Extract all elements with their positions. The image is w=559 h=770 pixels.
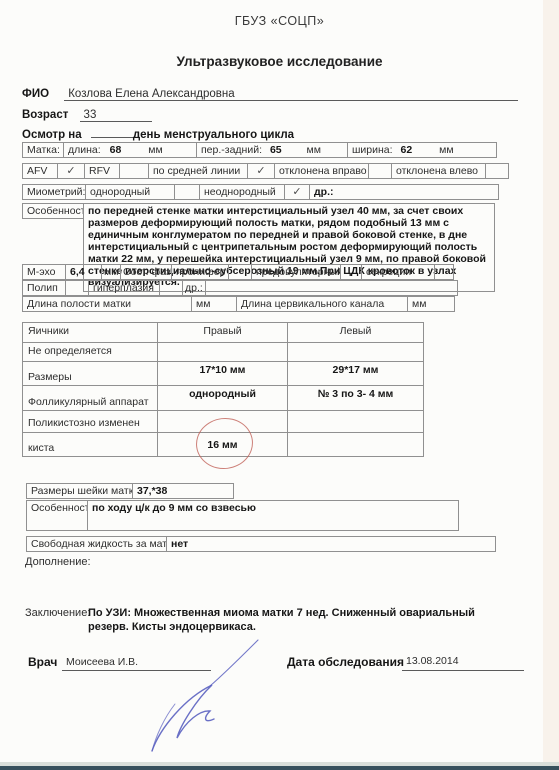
row-label: Поликистозно изменен: [22, 410, 158, 433]
mecho-row: М-эхо 6,4 мм Соот. фазе: пролифер предов…: [22, 264, 454, 280]
polyp-row: Полип гиперплазия др.:: [22, 280, 458, 296]
lengths-row: Длина полости матки мм Длина цервикально…: [22, 296, 455, 312]
uterus-label-cell: Матка:: [22, 142, 64, 158]
preovulatory-cell: предовуляторный: [251, 264, 341, 280]
exam-date-label: Дата обследования: [287, 655, 404, 669]
doctor-signature: [130, 618, 280, 758]
deviated-left-empty-cell: [485, 163, 509, 179]
rfv-empty-cell: [119, 163, 149, 179]
homogeneous-cell: однородный: [85, 184, 175, 200]
myometrium-label-cell: Миометрий:: [22, 184, 86, 200]
ovaries-header-label: Яичники: [22, 322, 158, 343]
row-label: Фолликулярный аппарат: [22, 385, 158, 411]
mecho-unit-cell: мм: [101, 264, 121, 280]
row-left-value: [287, 342, 424, 362]
deviated-right-empty-cell: [368, 163, 392, 179]
ovaries-header-row: Яичники Правый Левый: [22, 322, 424, 343]
uterus-size-row: Матка: длина: 68 мм пер.-задний: 65 мм ш…: [22, 142, 497, 158]
myometrium-other-cell: др.:: [309, 184, 499, 200]
width-label: ширина:: [352, 144, 393, 156]
fio-label: ФИО: [22, 88, 49, 100]
mecho-value-cell: 6,4: [65, 264, 102, 280]
ovaries-row-sizes: Размеры 17*10 мм 29*17 мм: [22, 361, 424, 386]
organization-name: ГБУЗ «СОЦП»: [0, 14, 559, 28]
age-label: Возраст: [22, 109, 68, 121]
midline-checkmark: ✓: [247, 163, 275, 179]
width-unit: мм: [439, 144, 453, 156]
row-left-value: [287, 410, 424, 433]
deviated-right-cell: отклонена вправо: [274, 163, 369, 179]
doctor-label: Врач: [28, 655, 57, 669]
scan-bottom-dark-strip: [0, 766, 559, 770]
exam-day-line: Осмотр на день менструального цикла: [22, 129, 294, 141]
conclusion-label: Заключение:: [25, 607, 90, 619]
exam-day-blank: [91, 137, 133, 138]
uterus-length-cell: длина: 68 мм: [63, 142, 197, 158]
length-label: длина:: [68, 144, 101, 156]
free-fluid-value-cell: нет: [166, 536, 496, 552]
row-left-value: № 3 по 3- 4 мм: [287, 385, 424, 411]
homogeneous-empty-cell: [174, 184, 200, 200]
fio-value: Козлова Елена Александровна: [64, 88, 518, 101]
row-label: Размеры: [22, 361, 158, 386]
row-right-value: однородный: [157, 385, 288, 411]
exam-day-label-post: день менструального цикла: [133, 129, 294, 141]
secretory-empty-cell: [434, 264, 454, 280]
uterus-features-label-cell: Особенности:: [22, 203, 84, 219]
exam-date-value: 13.08.2014: [402, 655, 524, 671]
phase-label-cell: Соот. фазе:: [120, 264, 172, 280]
document-title: Ультразвуковое исследование: [0, 54, 559, 69]
row-right-value: [157, 342, 288, 362]
row-right-value: 17*10 мм: [157, 361, 288, 386]
polyp-label-cell: Полип: [22, 280, 66, 296]
cervix-features-row: Особенности по ходу ц/к до 9 мм со взвес…: [26, 500, 459, 531]
scanned-ultrasound-form: ГБУЗ «СОЦП» Ультразвуковое исследование …: [0, 0, 559, 770]
secretory-cell: секреции: [361, 264, 435, 280]
preovulatory-empty-cell: [340, 264, 362, 280]
fio-line: ФИО Козлова Елена Александровна: [22, 88, 518, 101]
uterus-position-row: AFV ✓ RFV по средней линии ✓ отклонена в…: [22, 163, 509, 179]
midline-cell: по средней линии: [148, 163, 248, 179]
deviated-left-cell: отклонена влево: [391, 163, 486, 179]
ovaries-row-follicular: Фолликулярный аппарат однородный № 3 по …: [22, 385, 424, 411]
cervix-features-label-cell: Особенности: [26, 500, 88, 531]
mecho-label-cell: М-эхо: [22, 264, 66, 280]
free-fluid-row: Свободная жидкость за маткой: нет: [26, 536, 496, 552]
rfv-cell: RFV: [84, 163, 120, 179]
cavity-length-unit-cell: мм: [191, 296, 237, 312]
cervical-length-cell: Длина цервикального канала: [236, 296, 408, 312]
heterogeneous-cell: неоднородный: [199, 184, 285, 200]
ovaries-header-left: Левый: [287, 322, 424, 343]
row-left-value: 29*17 мм: [287, 361, 424, 386]
cervix-size-label-cell: Размеры шейки матки,мм: [26, 483, 133, 499]
row-left-value: [287, 432, 424, 457]
exam-day-label-pre: Осмотр на: [22, 129, 82, 141]
ap-label: пер.-задний:: [201, 144, 262, 156]
cervical-length-unit-cell: мм: [407, 296, 455, 312]
ap-value: 65: [270, 144, 282, 156]
proliferative-cell: пролифер: [171, 264, 229, 280]
age-value: 33: [80, 109, 152, 122]
polyp-other-cell: др.:: [182, 280, 206, 296]
length-value: 68: [110, 144, 122, 156]
hyperplasia-empty-cell: [159, 280, 183, 296]
hyperplasia-cell: гиперплазия: [88, 280, 160, 296]
row-label: киста: [22, 432, 158, 457]
free-fluid-label-cell: Свободная жидкость за маткой:: [26, 536, 167, 552]
uterus-width-cell: ширина: 62 мм: [347, 142, 497, 158]
heterogeneous-checkmark: ✓: [284, 184, 310, 200]
ovaries-header-right: Правый: [157, 322, 288, 343]
width-value: 62: [400, 144, 412, 156]
cervix-size-row: Размеры шейки матки,мм 37,*38: [26, 483, 234, 499]
ovaries-row-not-defined: Не определяется: [22, 342, 424, 362]
proliferative-empty-cell: [228, 264, 252, 280]
cervix-features-value-cell: по ходу ц/к до 9 мм со взвесью: [87, 500, 459, 531]
row-label: Не определяется: [22, 342, 158, 362]
polyp-other-empty-cell: [205, 280, 458, 296]
cervix-size-value-cell: 37,*38: [132, 483, 234, 499]
afv-checkmark: ✓: [57, 163, 85, 179]
uterus-ap-cell: пер.-задний: 65 мм: [196, 142, 348, 158]
length-unit: мм: [148, 144, 162, 156]
age-line: Возраст 33: [22, 109, 152, 122]
cavity-length-cell: Длина полости матки: [22, 296, 192, 312]
afv-cell: AFV: [22, 163, 58, 179]
addition-label: Дополнение:: [25, 556, 91, 568]
polyp-empty-cell: [65, 280, 89, 296]
myometrium-row: Миометрий: однородный неоднородный ✓ др.…: [22, 184, 499, 200]
scan-edge-shading: [543, 0, 559, 770]
ap-unit: мм: [307, 144, 321, 156]
